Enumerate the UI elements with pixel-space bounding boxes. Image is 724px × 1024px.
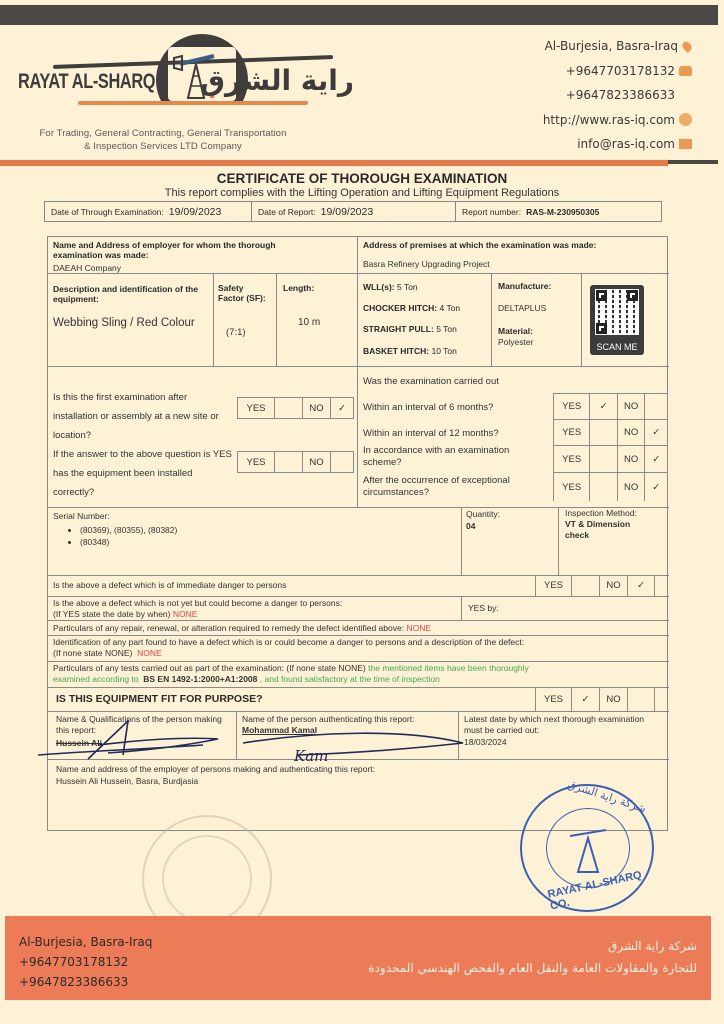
footer-bar: Al-Burjesia, Basra-Iraq +9647703178132 +… (5, 916, 711, 1000)
material-label: Material: (498, 326, 533, 336)
header-top-bar (0, 5, 718, 25)
report-number: Report number:RAS-M-230950305 (456, 202, 661, 221)
length-label: Length: (283, 283, 314, 293)
footer-arabic: شركة راية الشرق للتجارة والمقاولات العام… (368, 935, 697, 979)
fit-for-purpose-question: IS THIS EQUIPMENT FIT FOR PURPOSE? (56, 693, 263, 705)
examination-form: Name and Address of employer for whom th… (47, 236, 668, 831)
checkbox-no[interactable] (628, 687, 654, 711)
serial-item: (80369), (80355), (80382) (80, 524, 177, 536)
future-danger-question: Is the above a defect which is not yet b… (53, 598, 342, 608)
qr-label: SCAN ME (590, 342, 644, 352)
scheme-answer: YESNO✓ (554, 446, 667, 473)
phone-icon (679, 66, 692, 76)
checkbox-no[interactable]: ✓ (645, 420, 667, 445)
contact-phone-2[interactable]: +9647823386633 (543, 83, 692, 108)
next-exam-date: 18/03/2024 (464, 737, 507, 747)
question-first-exam: Is this the first examination after inst… (53, 388, 233, 445)
employer-of-persons-label: Name and address of the employer of pers… (56, 764, 375, 774)
company-tagline: For Trading, General Contracting, Genera… (18, 127, 308, 153)
exceptional-answer: YESNO✓ (554, 473, 667, 501)
contact-address: Al-Burjesia, Basra-Iraq (543, 34, 692, 59)
material-value: Polyester (498, 337, 533, 347)
serial-item: (80348) (80, 536, 177, 548)
defect-identification: Identification of any part found to have… (53, 637, 524, 647)
inspection-method-value: VT & Dimension (565, 519, 630, 529)
repair-particulars: Particulars of any repair, renewal, or a… (53, 623, 431, 633)
certificate-title: CERTIFICATE OF THOROUGH EXAMINATION (0, 171, 724, 186)
dates-row: Date of Through Examination:19/09/2023 D… (44, 201, 662, 222)
straight-pull: STRAIGHT PULL: 5 Ton (363, 324, 457, 334)
checkbox-no[interactable]: ✓ (331, 398, 353, 418)
employer-label: Name and Address of employer for whom th… (53, 240, 318, 260)
checkbox-yes[interactable] (590, 473, 618, 501)
checkbox-yes[interactable]: ✓ (590, 394, 618, 419)
question-scheme: In accordance with an examination scheme… (363, 445, 538, 469)
globe-icon (679, 113, 692, 126)
qr-code[interactable]: SCAN ME (590, 285, 644, 355)
checkbox-no[interactable]: ✓ (645, 473, 667, 501)
question-6-months: Within an interval of 6 months? (363, 398, 493, 417)
checkbox-no[interactable] (645, 394, 667, 419)
checkbox-yes[interactable] (275, 398, 303, 418)
serial-label: Serial Number: (53, 511, 110, 521)
inspection-method-label: Inspection Method: (565, 508, 637, 518)
header-divider (0, 160, 668, 166)
interval-heading: Was the examination carried out (363, 372, 499, 391)
company-logo: RAYAT AL-SHARQ راية الشرق (18, 30, 318, 110)
twelve-months-answer: YESNO✓ (554, 420, 667, 446)
serial-list: (80369), (80355), (80382) (80348) (80, 524, 177, 548)
description-label: Description and identification of the eq… (53, 284, 208, 304)
checkbox-yes[interactable] (590, 446, 618, 472)
wll: WLL(s): 5 Ton (363, 282, 418, 292)
quantity-value: 04 (466, 521, 475, 531)
stamp-pump-icon (566, 826, 610, 876)
first-exam-answer: YES NO ✓ (237, 397, 354, 419)
description-value: Webbing Sling / Red Colour (53, 317, 195, 329)
quantity-label: Quantity: (466, 509, 500, 519)
checkbox-no[interactable] (331, 452, 353, 472)
logo-text-english: RAYAT AL-SHARQ (18, 70, 155, 94)
immediate-danger-answer: YESNO✓ (535, 575, 655, 596)
test-standard: BS EN 1492-1:2000+A1:2008 (143, 674, 257, 684)
choker-hitch: CHOCKER HITCH: 4 Ton (363, 303, 460, 313)
contact-email[interactable]: info@ras-iq.com (543, 132, 692, 157)
safety-factor-value: (7:1) (226, 327, 246, 338)
contact-website[interactable]: http://www.ras-iq.com (543, 108, 692, 133)
question-exceptional: After the occurrence of exceptional circ… (363, 475, 538, 499)
checkbox-yes[interactable] (572, 575, 600, 596)
next-exam-label: Latest date by which next thorough exami… (464, 714, 664, 736)
checkbox-no[interactable]: ✓ (628, 575, 654, 596)
employer-value: DAEAH Company (53, 263, 121, 273)
contact-info: Al-Burjesia, Basra-Iraq +9647703178132 +… (543, 34, 692, 157)
manufacture-label: Manufacture: (498, 281, 551, 291)
basket-hitch: BASKET HITCH: 10 Ton (363, 346, 457, 356)
employer-of-persons-value: Hussein Ali Hussein, Basra, Burdjasia (56, 776, 198, 786)
report-date: Date of Report:19/09/2023 (252, 202, 456, 221)
yes-by-label: YES by: (468, 603, 499, 613)
premises-label: Address of premises at which the examina… (363, 240, 596, 250)
safety-factor-label: Safety Factor (SF): (218, 283, 268, 303)
tests-particulars: Particulars of any tests carried out as … (53, 663, 529, 673)
checkbox-yes[interactable] (275, 452, 303, 472)
certificate-subtitle: This report complies with the Lifting Op… (0, 187, 724, 199)
company-stamp: شركة راية الشرق RAYAT AL-SHARQ CO. (520, 784, 654, 912)
future-danger-value: NONE (173, 609, 198, 619)
fit-for-purpose-answer: YES✓NO (535, 687, 655, 711)
question-12-months: Within an interval of 12 months? (363, 424, 499, 443)
footer-contacts: Al-Burjesia, Basra-Iraq +9647703178132 +… (19, 932, 152, 992)
six-months-answer: YES✓NO (554, 394, 667, 420)
installed-correctly-answer: YES NO (237, 451, 354, 473)
authenticator-signature-stroke (238, 725, 468, 765)
premises-value: Basra Refinery Upgrading Project (363, 259, 490, 269)
logo-text-arabic: راية الشرق (200, 64, 354, 97)
length-value: 10 m (298, 317, 320, 328)
question-installed-correctly: If the answer to the above question is Y… (53, 445, 233, 502)
location-pin-icon (680, 40, 693, 53)
maker-signature (28, 715, 238, 765)
exam-date: Date of Through Examination:19/09/2023 (45, 202, 252, 221)
immediate-danger-question: Is the above a defect which is of immedi… (53, 580, 286, 590)
mail-icon (679, 139, 692, 149)
contact-phone-1[interactable]: +9647703178132 (543, 59, 692, 84)
checkbox-yes[interactable] (590, 420, 618, 445)
manufacture-value: DELTAPLUS (498, 303, 546, 313)
checkbox-no[interactable]: ✓ (645, 446, 667, 472)
checkbox-yes[interactable]: ✓ (572, 687, 600, 711)
